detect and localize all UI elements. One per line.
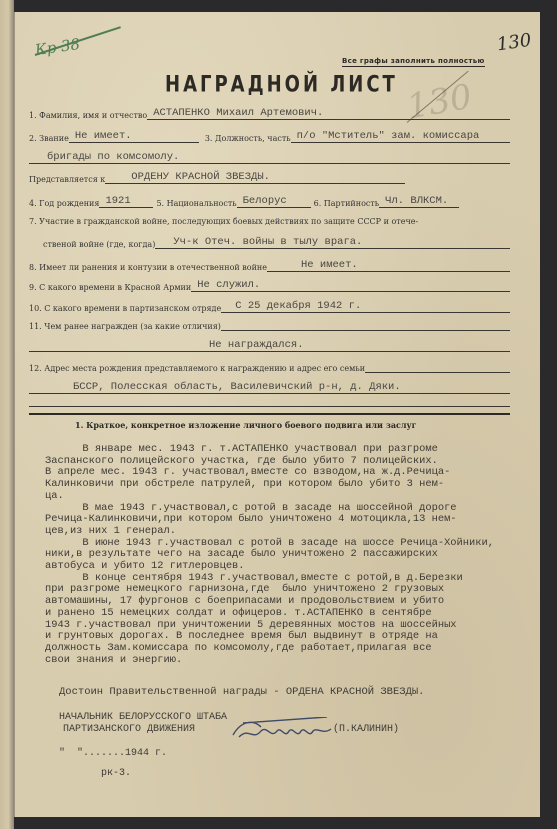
signer-name: (П.КАЛИНИН): [333, 724, 399, 735]
field-nominated-for: Представляется к ОРДЕНУ КРАСНОЙ ЗВЕЗДЫ.: [29, 172, 510, 184]
award-conclusion: Достоин Правительственной награды - ОРДЕ…: [59, 686, 424, 698]
field-label: 9. С какого времени в Красной Армии: [29, 283, 191, 292]
field-value: Чл. ВЛКСМ.: [379, 196, 459, 208]
blank-line: [29, 406, 510, 407]
field-label: 1. Фамилия, имя и отчество: [29, 111, 147, 120]
field-label: 5. Национальность: [156, 199, 236, 208]
binding-edge: [0, 0, 14, 829]
field-label: 3. Должность, часть: [205, 134, 291, 143]
sheet-number-handwritten: 130: [496, 30, 533, 56]
narrative-line: свои знания и энергию.: [45, 655, 525, 667]
field-label: 4. Год рождения: [29, 199, 99, 208]
field-war-participation-continued: ственой войне (где, когда) Уч-к Отеч. во…: [29, 237, 510, 249]
field-value: 1921: [99, 196, 153, 208]
field-value: АСТАПЕНКО Михаил Артемович.: [147, 108, 510, 120]
field-value: Не награждался.: [29, 340, 510, 352]
field-value: ОРДЕНУ КРАСНОЙ ЗВЕЗДЫ.: [105, 172, 405, 184]
field-value: Не служил.: [191, 280, 510, 292]
field-value: Не имеет.: [267, 260, 510, 272]
field-birth-address-value: БССР, Полесская область, Василевичский р…: [29, 382, 510, 394]
signature: [231, 717, 341, 743]
field-partisan-since: 10. С какого времени в партизанском отря…: [29, 301, 510, 313]
field-value: Уч-к Отеч. войны в тылу врага.: [155, 237, 510, 249]
field-value: Белорус: [237, 196, 311, 208]
field-value: бригады по комсомолу.: [29, 152, 510, 164]
field-value-blank: [221, 330, 510, 331]
field-birth-address: 12. Адрес места рождения представляемого…: [29, 364, 510, 373]
field-value-blank: [365, 372, 510, 373]
field-war-participation: 7. Участие в гражданской войне, последую…: [29, 217, 510, 226]
narrative-line: ца.: [45, 491, 525, 503]
section-divider: [29, 413, 510, 415]
field-label: 6. Партийность: [314, 199, 380, 208]
field-full-name: 1. Фамилия, имя и отчество АСТАПЕНКО Мих…: [29, 108, 510, 120]
section-heading: 1. Краткое, конкретное изложение личного…: [75, 420, 417, 430]
field-label: 7. Участие в гражданской войне, последую…: [29, 217, 418, 226]
field-value: С 25 декабря 1942 г.: [221, 301, 510, 313]
award-sheet: Кр 38 130 130 Все графы заполнить полнос…: [14, 12, 540, 817]
field-position-continued: бригады по комсомолу.: [29, 152, 510, 164]
signer-title-line-1: НАЧАЛЬНИК БЕЛОРУССКОГО ШТАБА: [59, 712, 227, 723]
typist-mark: рк-3.: [101, 768, 131, 779]
signer-title-line-2: ПАРТИЗАНСКОГО ДВИЖЕНИЯ: [63, 724, 195, 735]
field-label: ственой войне (где, когда): [29, 240, 155, 249]
field-label: 8. Имеет ли ранения и контузии в отечест…: [29, 263, 267, 272]
narrative-line: Калинковичи при обстреле патрулей, при к…: [45, 479, 525, 491]
narrative-line: и ранено 15 немецких солдат и офицеров. …: [45, 608, 525, 620]
field-value: Не имеет.: [69, 131, 199, 143]
field-label: 2. Звание: [29, 134, 69, 143]
document-title: НАГРАДНОЙ ЛИСТ: [165, 71, 398, 97]
field-previous-awards-value: Не награждался.: [29, 340, 510, 352]
field-rank-position: 2. Звание Не имеет. 3. Должность, часть …: [29, 131, 510, 143]
narrative-line: цев,из них 1 генерал.: [45, 526, 525, 538]
instruction-text: Все графы заполнить полностью: [342, 57, 485, 67]
field-value: БССР, Полесская область, Василевичский р…: [29, 382, 510, 394]
field-value: п/о "Мститель" зам. комиссара: [291, 131, 510, 143]
field-label: 10. С какого времени в партизанском отря…: [29, 304, 221, 313]
narrative-line: автобуса и убито 12 гитлеровцев.: [45, 561, 525, 573]
narrative-line: должность Зам.комиссара по комсомолу,где…: [45, 643, 525, 655]
date-line: " ".......1944 г.: [59, 748, 167, 759]
field-label: 11. Чем ранее награжден (за какие отличи…: [29, 322, 221, 331]
field-birth-nationality-party: 4. Год рождения 1921 5. Национальность Б…: [29, 196, 510, 208]
narrative-line: В январе мес. 1943 г. т.АСТАПЕНКО участв…: [45, 444, 525, 456]
field-red-army-since: 9. С какого времени в Красной Армии Не с…: [29, 280, 510, 292]
field-label: Представляется к: [29, 175, 105, 184]
field-label: 12. Адрес места рождения представляемого…: [29, 364, 365, 373]
field-previous-awards: 11. Чем ранее награжден (за какие отличи…: [29, 322, 510, 331]
narrative-text: В январе мес. 1943 г. т.АСТАПЕНКО участв…: [45, 444, 525, 666]
field-wounds: 8. Имеет ли ранения и контузии в отечест…: [29, 260, 510, 272]
